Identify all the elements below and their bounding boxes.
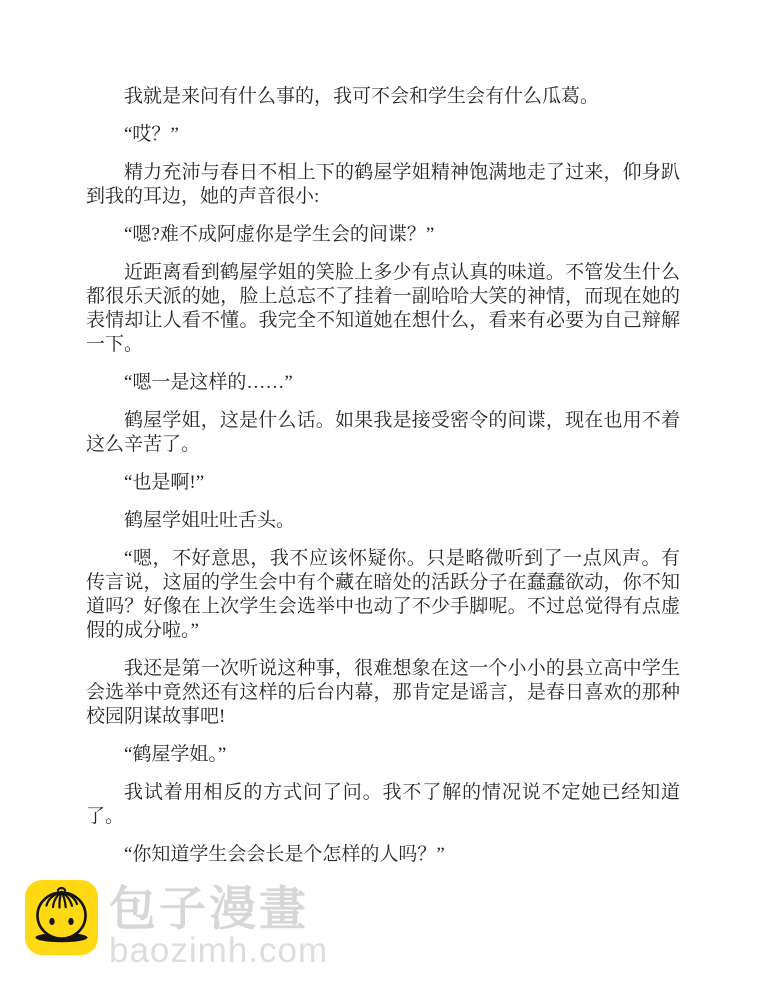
watermark-text: 包子漫畫 baozimh.com xyxy=(109,880,328,967)
novel-page: 我就是来问有什么事的，我可不会和学生会有什么瓜葛。“哎？”精力充沛与春日不相上下… xyxy=(0,0,765,990)
paragraph: “哎？” xyxy=(86,123,680,147)
paragraph: 我试着用相反的方式问了问。我不了解的情况说不定她已经知道了。 xyxy=(86,781,680,829)
baozi-bun-icon xyxy=(25,880,98,955)
paragraph: “嗯一是这样的……” xyxy=(86,371,680,395)
paragraph: “也是啊!” xyxy=(86,471,680,495)
paragraph: “鹤屋学姐。” xyxy=(86,743,680,767)
paragraph: 我还是第一次听说这种事，很难想象在这一个小小的县立高中学生会选举中竟然还有这样的… xyxy=(86,657,680,729)
paragraph: 鹤屋学姐吐吐舌头。 xyxy=(86,509,680,533)
paragraph: 我就是来问有什么事的，我可不会和学生会有什么瓜葛。 xyxy=(86,85,680,109)
paragraph: “嗯，不好意思，我不应该怀疑你。只是略微听到了一点风声。有传言说，这届的学生会中… xyxy=(86,547,680,643)
paragraph: 鹤屋学姐，这是什么话。如果我是接受密令的间谍，现在也用不着这么辛苦了。 xyxy=(86,409,680,457)
watermark-site-url: baozimh.com xyxy=(109,934,328,967)
watermark-site-name: 包子漫畫 xyxy=(109,884,328,934)
paragraph: 精力充沛与春日不相上下的鹤屋学姐精神饱满地走了过来，仰身趴到我的耳边，她的声音很… xyxy=(86,161,680,209)
paragraph: “你知道学生会会长是个怎样的人吗？” xyxy=(86,843,680,867)
baozimh-watermark: 包子漫畫 baozimh.com xyxy=(25,880,328,967)
paragraph: “嗯?难不成阿虚你是学生会的间谍？” xyxy=(86,223,680,247)
paragraph: 近距离看到鹤屋学姐的笑脸上多少有点认真的味道。不管发生什么都很乐天派的她，脸上总… xyxy=(86,261,680,357)
novel-text-block: 我就是来问有什么事的，我可不会和学生会有什么瓜葛。“哎？”精力充沛与春日不相上下… xyxy=(86,85,680,881)
